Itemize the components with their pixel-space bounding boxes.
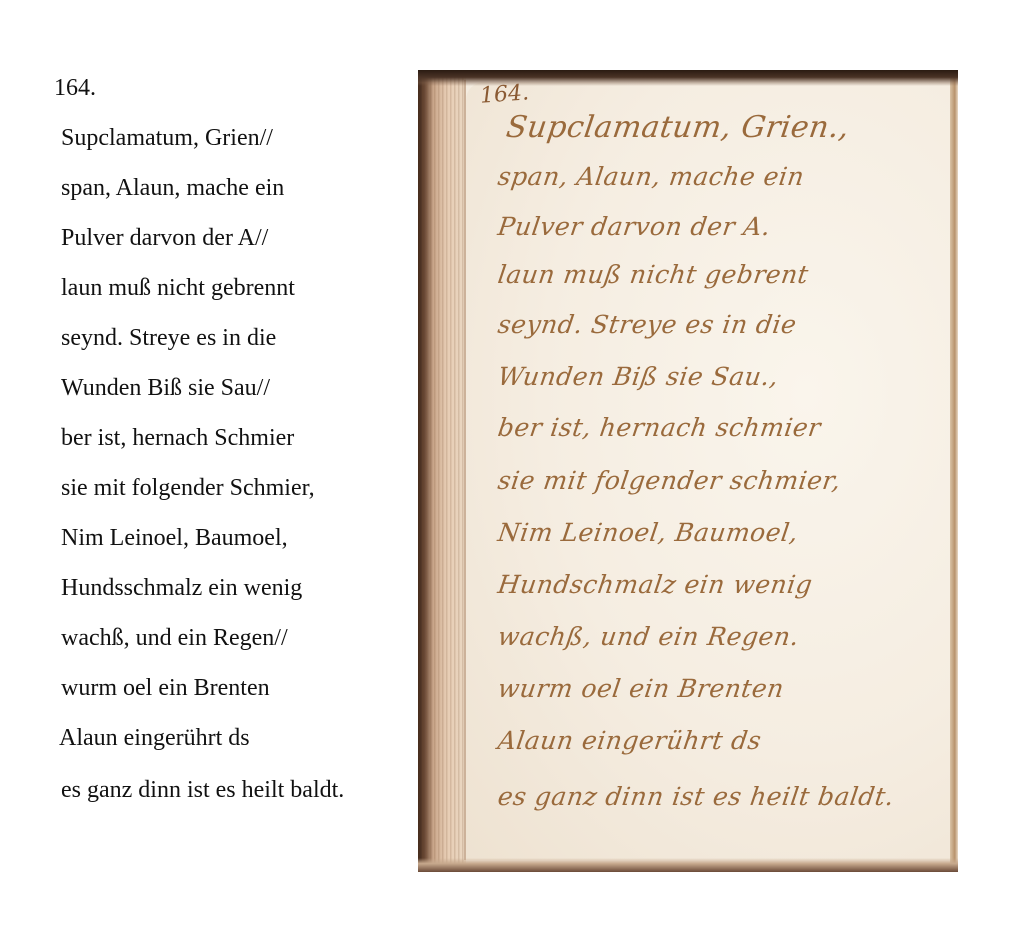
transcription-line: wurm oel ein Brenten xyxy=(61,674,270,702)
manuscript-line: wurm oel ein Brenten xyxy=(496,674,786,703)
transcription-line: seynd. Streye es in die xyxy=(61,324,276,352)
manuscript-line: laun muß nicht gebrent xyxy=(496,260,810,289)
manuscript-photo: 164. Supclamatum, Grien., span, Alaun, m… xyxy=(418,70,958,872)
transcription-line: sie mit folgender Schmier, xyxy=(61,474,315,502)
book-right-edge xyxy=(950,70,958,872)
transcription-line: Supclamatum, Grien// xyxy=(61,124,273,152)
transcription-line: Pulver darvon der A// xyxy=(61,224,268,252)
manuscript-line: Supclamatum, Grien., xyxy=(504,110,852,145)
manuscript-line: Wunden Biß sie Sau., xyxy=(496,362,780,391)
manuscript-line: span, Alaun, mache ein xyxy=(496,162,806,191)
manuscript-line: es ganz dinn ist es heilt baldt. xyxy=(496,782,896,811)
manuscript-line: Hundschmalz ein wenig xyxy=(496,570,814,599)
manuscript-line: Alaun eingerührt ds xyxy=(496,726,763,755)
transcription-line: Wunden Biß sie Sau// xyxy=(61,374,270,402)
manuscript-line: wachß, und ein Regen. xyxy=(496,622,801,651)
transcription-line: span, Alaun, mache ein xyxy=(61,174,284,202)
book-bottom-edge xyxy=(418,858,958,872)
transcription-line: Alaun eingerührt ds xyxy=(59,724,250,752)
manuscript-line: sie mit folgender schmier, xyxy=(496,466,843,495)
transcription-line: es ganz dinn ist es heilt baldt. xyxy=(61,776,344,804)
transcription-line: Nim Leinoel, Baumoel, xyxy=(61,524,288,552)
manuscript-line: ber ist, hernach schmier xyxy=(496,413,823,442)
transcription-line: laun muß nicht gebrennt xyxy=(61,274,295,302)
book-page-edges xyxy=(418,70,466,872)
entry-number: 164. xyxy=(54,74,96,102)
manuscript-line: seynd. Streye es in die xyxy=(496,310,799,339)
transcription-line: wachß, und ein Regen// xyxy=(61,624,288,652)
transcription-panel: 164. Supclamatum, Grien// span, Alaun, m… xyxy=(0,0,410,936)
transcription-line: Hundsschmalz ein wenig xyxy=(61,574,302,602)
transcription-line: ber ist, hernach Schmier xyxy=(61,424,294,452)
manuscript-line: Pulver darvon der A. xyxy=(496,212,773,241)
manuscript-line: Nim Leinoel, Baumoel, xyxy=(496,518,800,547)
manuscript-page-number: 164. xyxy=(479,80,530,108)
